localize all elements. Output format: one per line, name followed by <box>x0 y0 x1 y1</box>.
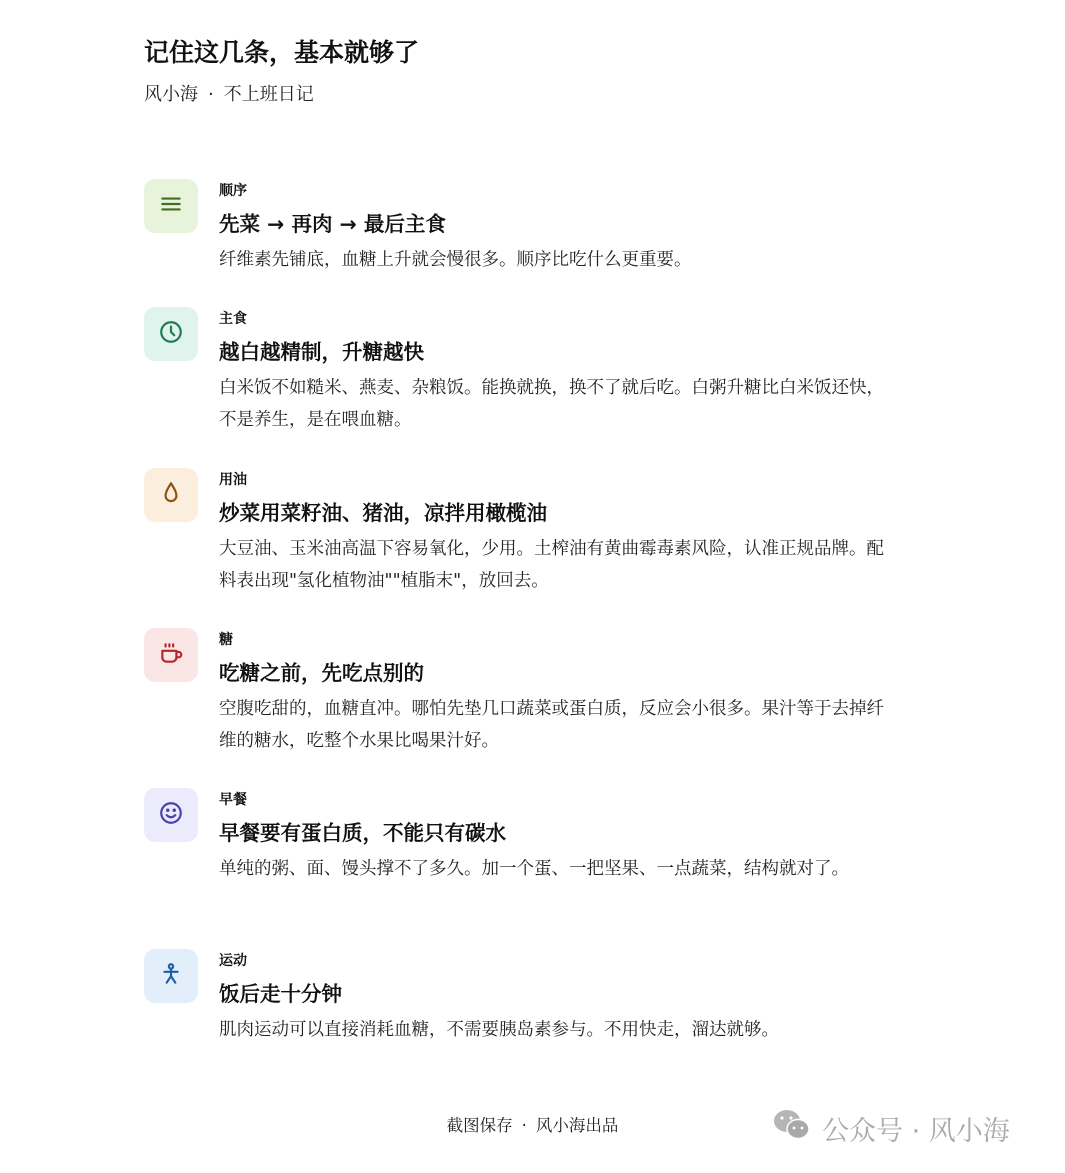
tip-content: 糖 吃糖之前，先吃点别的 空腹吃甜的，血糖直冲。哪怕先垫几口蔬菜或蛋白质，反应会… <box>219 628 884 757</box>
tip-content: 运动 饭后走十分钟 肌肉运动可以直接消耗血糖，不需要胰岛素参与。不用快走，溜达就… <box>219 949 884 1046</box>
tip-content: 主食 越白越精制，升糖越快 白米饭不如糙米、燕麦、杂粮饭。能换就换，换不了就后吃… <box>219 307 884 436</box>
footer-save-hint: 截图保存 <box>447 1116 513 1135</box>
tip-description: 单纯的粥、面、馒头撑不了多久。加一个蛋、一把坚果、一点蔬菜，结构就对了。 <box>219 853 884 885</box>
page-title: 记住这几条，基本就够了 <box>144 34 419 72</box>
tip-content: 早餐 早餐要有蛋白质，不能只有碳水 单纯的粥、面、馒头撑不了多久。加一个蛋、一把… <box>219 788 884 885</box>
tip-description: 纤维素先铺底，血糖上升就会慢很多。顺序比吃什么更重要。 <box>219 244 884 276</box>
icon-box <box>144 307 198 361</box>
wechat-watermark: 公众号 · 风小海 <box>772 1108 1010 1149</box>
icon-box <box>144 788 198 842</box>
tip-tag: 用油 <box>219 469 884 491</box>
tip-description: 大豆油、玉米油高温下容易氧化，少用。土榨油有黄曲霉毒素风险，认准正规品牌。配料表… <box>219 533 884 597</box>
tip-item-oil: 用油 炒菜用菜籽油、猪油，凉拌用橄榄油 大豆油、玉米油高温下容易氧化，少用。土榨… <box>144 468 904 628</box>
tip-heading: 先菜 → 再肉 → 最后主食 <box>219 209 884 239</box>
tip-description: 肌肉运动可以直接消耗血糖，不需要胰岛素参与。不用快走，溜达就够。 <box>219 1014 884 1046</box>
clock-icon <box>158 319 184 349</box>
tips-list: 顺序 先菜 → 再肉 → 最后主食 纤维素先铺底，血糖上升就会慢很多。顺序比吃什… <box>144 179 904 1046</box>
tip-content: 用油 炒菜用菜籽油、猪油，凉拌用橄榄油 大豆油、玉米油高温下容易氧化，少用。土榨… <box>219 468 884 597</box>
tip-item-staple: 主食 越白越精制，升糖越快 白米饭不如糙米、燕麦、杂粮饭。能换就换，换不了就后吃… <box>144 307 904 468</box>
tip-tag: 主食 <box>219 308 884 330</box>
tip-tag: 顺序 <box>219 180 884 202</box>
smile-icon <box>158 800 184 830</box>
tip-tag: 早餐 <box>219 789 884 811</box>
tip-content: 顺序 先菜 → 再肉 → 最后主食 纤维素先铺底，血糖上升就会慢很多。顺序比吃什… <box>219 179 884 276</box>
icon-box <box>144 179 198 233</box>
icon-box <box>144 949 198 1003</box>
tip-heading: 早餐要有蛋白质，不能只有碳水 <box>219 818 884 848</box>
tip-heading: 饭后走十分钟 <box>219 979 884 1009</box>
byline-separator: · <box>208 84 214 105</box>
tip-item-sugar: 糖 吃糖之前，先吃点别的 空腹吃甜的，血糖直冲。哪怕先垫几口蔬菜或蛋白质，反应会… <box>144 628 904 788</box>
tip-heading: 炒菜用菜籽油、猪油，凉拌用橄榄油 <box>219 498 884 528</box>
watermark-text: 公众号 · 风小海 <box>822 1109 1010 1148</box>
author-name: 风小海 <box>144 84 198 105</box>
list-icon <box>158 191 184 221</box>
coffee-cup-icon <box>158 640 184 670</box>
footer-separator: · <box>522 1116 527 1135</box>
droplet-icon <box>158 480 184 510</box>
tip-description: 白米饭不如糙米、燕麦、杂粮饭。能换就换，换不了就后吃。白粥升糖比白米饭还快，不是… <box>219 372 884 436</box>
icon-box <box>144 468 198 522</box>
tip-item-breakfast: 早餐 早餐要有蛋白质，不能只有碳水 单纯的粥、面、馒头撑不了多久。加一个蛋、一把… <box>144 788 904 949</box>
tip-item-exercise: 运动 饭后走十分钟 肌肉运动可以直接消耗血糖，不需要胰岛素参与。不用快走，溜达就… <box>144 949 904 1046</box>
tip-tag: 运动 <box>219 950 884 972</box>
tip-tag: 糖 <box>219 629 884 651</box>
tip-heading: 越白越精制，升糖越快 <box>219 337 884 367</box>
tip-item-order: 顺序 先菜 → 再肉 → 最后主食 纤维素先铺底，血糖上升就会慢很多。顺序比吃什… <box>144 179 904 307</box>
wechat-icon <box>772 1108 822 1149</box>
icon-box <box>144 628 198 682</box>
person-walking-icon <box>158 961 184 991</box>
footer-credit: 风小海出品 <box>536 1116 619 1135</box>
tip-description: 空腹吃甜的，血糖直冲。哪怕先垫几口蔬菜或蛋白质，反应会小很多。果汁等于去掉纤维的… <box>219 693 884 757</box>
byline: 风小海·不上班日记 <box>144 82 419 108</box>
article-header: 记住这几条，基本就够了 风小海·不上班日记 <box>144 34 419 108</box>
tip-heading: 吃糖之前，先吃点别的 <box>219 658 884 688</box>
column-name: 不上班日记 <box>224 84 314 105</box>
